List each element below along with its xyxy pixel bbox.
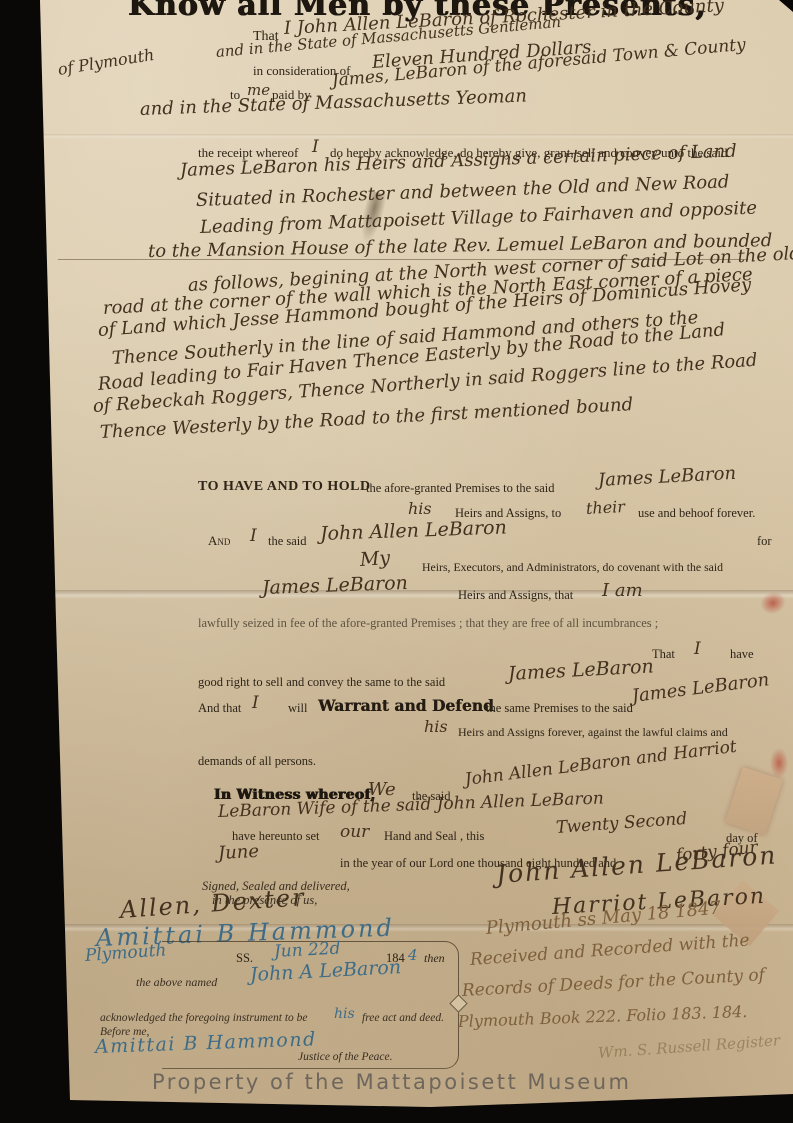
printed-ack-text: acknowledged the foregoing instrument to… [100,1013,308,1025]
hw-i-2: I [250,528,257,545]
printed-seized: lawfully seized in fee of the afore-gran… [198,617,658,630]
printed-then: then [424,952,445,964]
hw-his-2: his [424,719,448,735]
hw-i-4: I [252,695,259,712]
wafer-seal-upper [725,767,783,835]
deed-document: Know all Men by these Presents, That I J… [0,0,793,1123]
hw-month: June [218,843,260,863]
printed-heirs-exec: Heirs, Executors, and Administrators, do… [422,562,723,574]
hw-year-digit: 4 [408,948,418,963]
printed-for: for [757,535,772,548]
hw-ack-county: Plymouth [84,942,167,965]
hw-his-1: his [408,501,432,517]
printed-the-said-1: the said [268,535,307,548]
recording-line-2: Received and Recorded with the [469,932,750,969]
hw-my: My [359,549,390,570]
hw-his-ack: his [334,1007,355,1021]
printed-heirs-that: Heirs and Assigns, that [458,589,573,602]
witness-signature-1: Allen, Dexter [119,885,306,922]
printed-above-named: the above named [136,976,217,988]
printed-and-that: And that [198,702,241,715]
hw-grantee-goodright: James LeBaron [508,657,655,684]
hw-grantee-state: and in the State of Massachusetts Yeoman [140,87,528,118]
register-signature: Wm. S. Russell Register [597,1033,780,1061]
printed-demands: demands of all persons. [198,755,316,768]
printed-use-behoof: use and behoof forever. [638,507,755,520]
recording-line-4: Plymouth Book 222. Folio 183. 184. [458,1004,748,1030]
hw-margin-county: of Plymouth [57,47,156,78]
printed-good-right: good right to sell and convey the same t… [198,676,445,689]
hw-witness-names-1: John Allen LeBaron and Harriot [464,739,738,789]
hw-grantee-covenant: James LeBaron [262,574,408,598]
recording-line-3: Records of Deeds for the County of [462,967,766,1000]
printed-will: will [288,702,307,715]
printed-premises: the afore-granted Premises to the said [366,482,554,495]
printed-justice-title: Justice of the Peace. [298,1052,393,1064]
fold-crease-top [0,134,793,139]
red-wax-mark [757,588,789,618]
printed-that-2: That [652,648,675,661]
hw-i-am: I am [602,582,643,600]
red-wax-remnant [770,748,788,778]
hw-their: their [586,499,626,517]
printed-have: have [730,648,754,661]
printed-warrant-defend: Warrant and Defend [318,698,494,714]
photo-background: Know all Men by these Presents, That I J… [0,0,793,1123]
printed-same-premises: the same Premises to the said [486,702,633,715]
printed-free-act: free act and deed. [362,1013,444,1025]
grantor-signature: John Allen LeBaron [495,842,778,887]
hw-our: our [340,824,369,841]
hw-i-3: I [694,641,701,658]
printed-to-have: TO HAVE AND TO HOLD [198,480,371,494]
printed-and: And [208,534,230,547]
hw-grantor-name: John Allen LeBaron [320,518,507,544]
hw-grantee-habendum: James LeBaron [598,465,737,490]
printed-hand-seal: Hand and Seal , this [384,830,484,843]
hw-i-1: I [312,139,319,156]
hw-day: Twenty Second [555,811,687,837]
hw-ack-date: Jun 22d [274,941,341,961]
printed-ss: SS. [236,952,253,965]
printed-heirs-forever: Heirs and Assigns forever, against the l… [458,726,728,738]
museum-watermark: Property of the Mattapoisett Museum [152,1070,632,1094]
